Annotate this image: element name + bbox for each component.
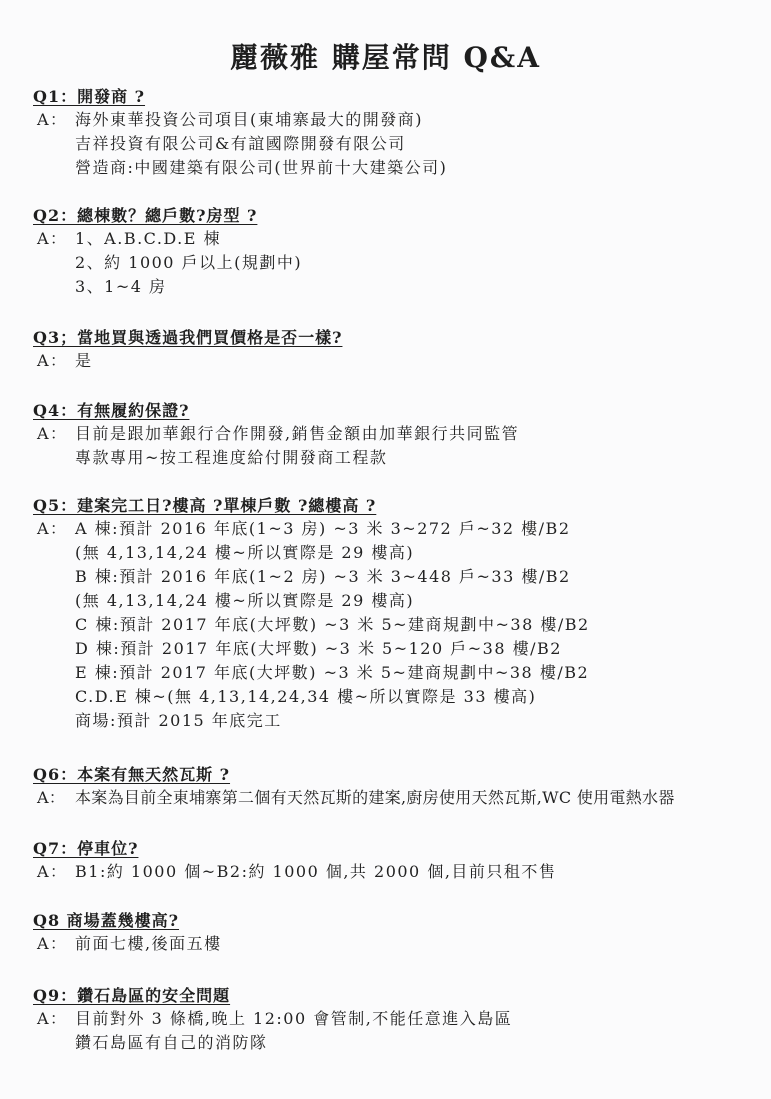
answer-label: A： xyxy=(33,932,75,956)
answer-line: 營造商:中國建築有限公司(世界前十大建築公司) xyxy=(75,156,447,180)
qa-item-1: Q1：開發商 ? A： 海外東華投資公司項目(東埔寨最大的開發商) 吉祥投資有限… xyxy=(33,86,447,180)
question: Q4：有無履約保證? xyxy=(33,400,519,422)
qa-item-4: Q4：有無履約保證? A： 目前是跟加華銀行合作開發,銷售金額由加華銀行共同監管… xyxy=(33,400,519,470)
answer-line: 是 xyxy=(75,349,93,373)
answer-line: A 棟:預計 2016 年底(1~3 房) ~3 米 3~272 戶~32 樓/… xyxy=(75,517,590,541)
answer-line: B 棟:預計 2016 年底(1~2 房) ~3 米 3~448 戶~33 樓/… xyxy=(75,565,590,589)
qa-item-2: Q2：總棟數？總戶數?房型 ? A： 1、A.B.C.D.E 棟 2、約 100… xyxy=(33,205,302,299)
answer-label: A： xyxy=(33,108,75,180)
qa-item-3: Q3；當地買與透過我們買價格是否一樣? A： 是 xyxy=(33,327,342,373)
answer-line: C.D.E 棟~(無 4,13,14,24,34 樓~所以實際是 33 樓高) xyxy=(75,685,590,709)
answer: A： 目前是跟加華銀行合作開發,銷售金額由加華銀行共同監管 專款專用~按工程進度… xyxy=(33,422,519,470)
answer-line: 本案為目前全東埔寨第二個有天然瓦斯的建案,廚房使用天然瓦斯,WC 使用電熱水器 xyxy=(75,786,675,810)
question: Q2：總棟數？總戶數?房型 ? xyxy=(33,205,302,227)
answer-label: A： xyxy=(33,349,75,373)
question: Q6：本案有無天然瓦斯 ? xyxy=(33,764,675,786)
answer-line: (無 4,13,14,24 樓~所以實際是 29 樓高) xyxy=(75,589,590,613)
document-title: 麗薇雅 購屋常問 Q&A xyxy=(0,36,771,76)
answer-line: D 棟:預計 2017 年底(大坪數) ~3 米 5~120 戶~38 樓/B2 xyxy=(75,637,590,661)
answer-line: 目前是跟加華銀行合作開發,銷售金額由加華銀行共同監管 xyxy=(75,422,519,446)
answer: A： 是 xyxy=(33,349,342,373)
qa-item-6: Q6：本案有無天然瓦斯 ? A： 本案為目前全東埔寨第二個有天然瓦斯的建案,廚房… xyxy=(33,764,675,810)
answer-line: 鑽石島區有自己的消防隊 xyxy=(75,1031,512,1055)
answer-line: 前面七樓,後面五樓 xyxy=(75,932,222,956)
answer-line: 2、約 1000 戶以上(規劃中) xyxy=(75,251,302,275)
answer: A： 海外東華投資公司項目(東埔寨最大的開發商) 吉祥投資有限公司&有誼國際開發… xyxy=(33,108,447,180)
question: Q9：鑽石島區的安全問題 xyxy=(33,985,512,1007)
answer-line: 目前對外 3 條橋,晚上 12:00 會管制,不能任意進入島區 xyxy=(75,1007,512,1031)
answer-line: C 棟:預計 2017 年底(大坪數) ~3 米 5~建商規劃中~38 樓/B2 xyxy=(75,613,590,637)
answer-line: 專款專用~按工程進度給付開發商工程款 xyxy=(75,446,519,470)
answer-label: A： xyxy=(33,1007,75,1055)
answer-line: E 棟:預計 2017 年底(大坪數) ~3 米 5~建商規劃中~38 樓/B2 xyxy=(75,661,590,685)
answer: A： 本案為目前全東埔寨第二個有天然瓦斯的建案,廚房使用天然瓦斯,WC 使用電熱… xyxy=(33,786,675,810)
answer-label: A： xyxy=(33,422,75,470)
answer-label: A： xyxy=(33,517,75,733)
answer-line: 1、A.B.C.D.E 棟 xyxy=(75,227,302,251)
answer: A： A 棟:預計 2016 年底(1~3 房) ~3 米 3~272 戶~32… xyxy=(33,517,590,733)
answer: A： 1、A.B.C.D.E 棟 2、約 1000 戶以上(規劃中) 3、1~4… xyxy=(33,227,302,299)
answer: A： B1:約 1000 個~B2:約 1000 個,共 2000 個,目前只租… xyxy=(33,860,556,884)
answer-label: A： xyxy=(33,786,75,810)
answer: A： 目前對外 3 條橋,晚上 12:00 會管制,不能任意進入島區 鑽石島區有… xyxy=(33,1007,512,1055)
question: Q5：建案完工日?樓高 ?單棟戶數 ?總樓高 ? xyxy=(33,495,590,517)
question: Q1：開發商 ? xyxy=(33,86,447,108)
qa-item-9: Q9：鑽石島區的安全問題 A： 目前對外 3 條橋,晚上 12:00 會管制,不… xyxy=(33,985,512,1055)
answer: A： 前面七樓,後面五樓 xyxy=(33,932,222,956)
qa-item-5: Q5：建案完工日?樓高 ?單棟戶數 ?總樓高 ? A： A 棟:預計 2016 … xyxy=(33,495,590,733)
answer-label: A： xyxy=(33,860,75,884)
answer-line: 海外東華投資公司項目(東埔寨最大的開發商) xyxy=(75,108,447,132)
qa-item-7: Q7：停車位? A： B1:約 1000 個~B2:約 1000 個,共 200… xyxy=(33,838,556,884)
answer-line: 商場:預計 2015 年底完工 xyxy=(75,709,590,733)
question: Q7：停車位? xyxy=(33,838,556,860)
answer-label: A： xyxy=(33,227,75,299)
answer-line: 3、1~4 房 xyxy=(75,275,302,299)
qa-item-8: Q8 商場蓋幾樓高? A： 前面七樓,後面五樓 xyxy=(33,910,222,956)
answer-line: (無 4,13,14,24 樓~所以實際是 29 樓高) xyxy=(75,541,590,565)
answer-line: 吉祥投資有限公司&有誼國際開發有限公司 xyxy=(75,132,447,156)
question: Q3；當地買與透過我們買價格是否一樣? xyxy=(33,327,342,349)
question: Q8 商場蓋幾樓高? xyxy=(33,910,222,932)
answer-line: B1:約 1000 個~B2:約 1000 個,共 2000 個,目前只租不售 xyxy=(75,860,556,884)
